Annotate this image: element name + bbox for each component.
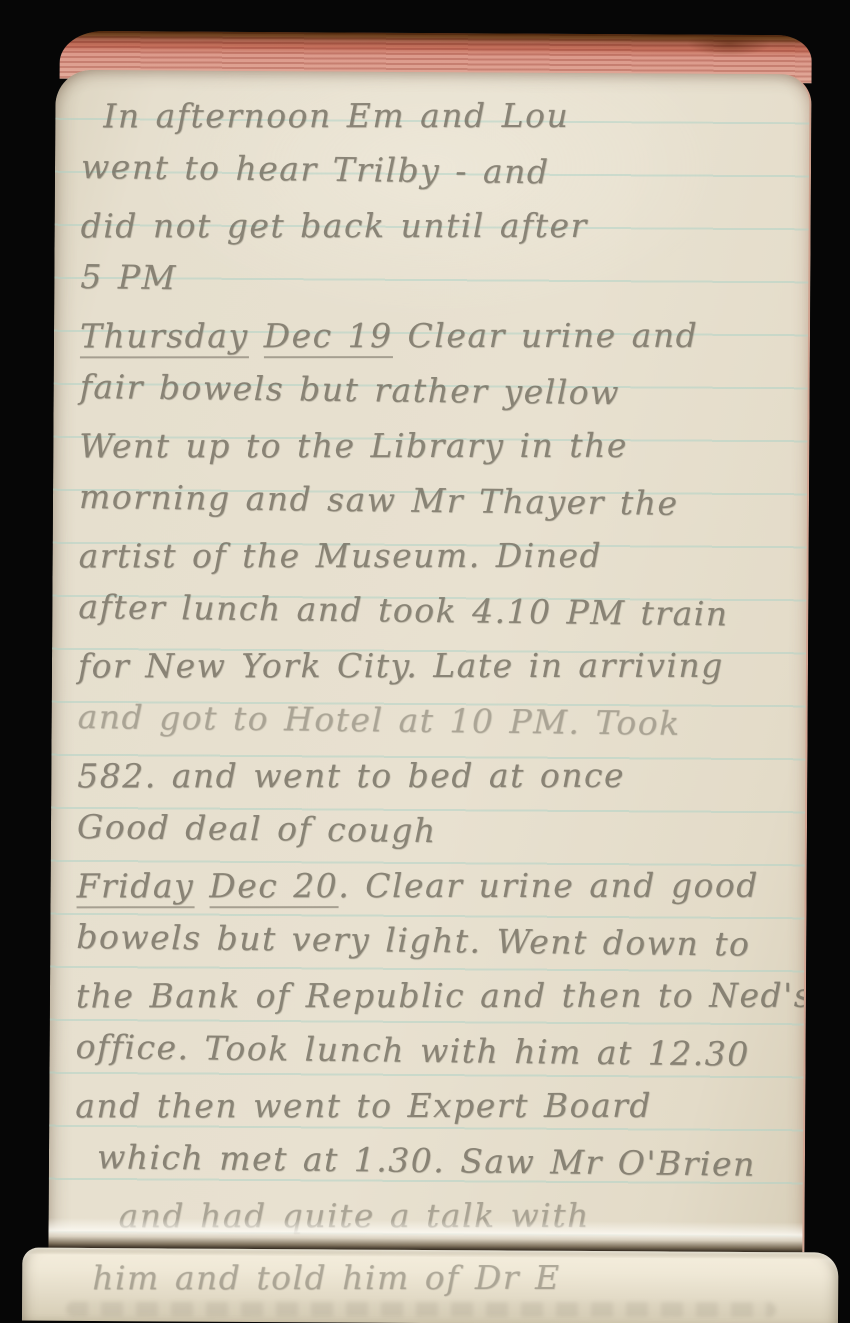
handwriting-segment [194,866,209,905]
handwriting-line: morning and saw Mr Thayer the [79,477,790,540]
handwriting-segment: the Bank of Republic and then to Ned's [76,976,812,1016]
handwriting-line: fair bowels but rather yellow [79,367,790,430]
handwriting-segment: artist of the Museum. Dined [79,536,603,575]
underlined-date: Friday [77,866,195,908]
handwriting-line: after lunch and took 4.10 PM train [78,587,789,650]
handwriting-segment: 5 PM [80,257,177,297]
handwriting-line: and got to Hotel at 10 PM. Took [77,697,788,760]
handwriting-line: did not get back until after [81,206,791,262]
handwriting-block: In afternoon Em and Louwent to hear Tril… [48,70,809,1253]
handwriting-segment: 582. and went to bed at once [77,756,625,795]
handwriting-line: bowels but very light. Went down to [76,917,787,980]
handwriting-segment: and then went to Expert Board [75,1086,652,1126]
handwriting-segment: did not get back until after [81,206,588,245]
scan-background: In afternoon Em and Louwent to hear Tril… [0,0,850,1323]
handwriting-line: Good deal of cough [77,807,788,870]
diary-page: In afternoon Em and Louwent to hear Tril… [48,70,811,1253]
handwriting-line: the Bank of Republic and then to Ned's [76,976,786,1032]
handwriting-segment [249,316,264,355]
handwriting-line: In afternoon Em and Lou [81,96,791,152]
handwriting-line: Friday Dec 20. Clear urine and good [77,866,787,922]
handwriting-segment: and got to Hotel at 10 PM. Took [77,697,680,743]
underlined-date: Thursday [80,316,249,358]
handwriting-segment: fair bowels but rather yellow [79,367,620,412]
handwriting-segment: morning and saw Mr Thayer the [79,477,679,523]
handwriting-segment: Went up to the Library in the [79,426,628,465]
handwriting-line: artist of the Museum. Dined [79,536,789,592]
next-page-handwriting: him and told him of Dr E [22,1248,838,1305]
handwriting-line: Thursday Dec 19 Clear urine and [80,316,790,372]
handwriting-segment: Good deal of cough [77,807,437,850]
handwriting-line: 5 PM [80,257,791,320]
handwriting-line: went to hear Trilby - and [81,147,792,210]
handwriting-segment: for New York City. Late in arriving [78,646,724,686]
handwriting-line: office. Took lunch with him at 12.30 [75,1027,786,1090]
handwriting-segment: Clear urine and [393,316,699,355]
handwriting-segment: office. Took lunch with him at 12.30 [75,1027,749,1074]
next-page: him and told him of Dr E [22,1248,838,1323]
handwriting-segment: bowels but very light. Went down to [76,917,750,964]
handwriting-line: and then went to Expert Board [75,1086,785,1142]
handwriting-segment: . Clear urine and good [338,866,759,905]
notebook: In afternoon Em and Louwent to hear Tril… [0,0,850,1323]
handwriting-segment: which met at 1.30. Saw Mr O'Brien [97,1137,756,1183]
handwriting-line: Went up to the Library in the [79,426,789,482]
page-bottom-curl [48,1218,802,1253]
handwriting-line: 582. and went to bed at once [77,756,787,812]
handwriting-line: which met at 1.30. Saw Mr O'Brien [75,1137,786,1200]
underlined-date: Dec 19 [264,316,393,358]
handwriting-segment: In afternoon Em and Lou [103,96,569,135]
handwriting-segment: after lunch and took 4.10 PM train [78,587,729,633]
faint-text-smudge [66,1302,776,1318]
handwriting-segment: him and told him of Dr E [92,1258,560,1297]
handwriting-segment: went to hear Trilby - and [81,147,550,191]
handwriting-line: for New York City. Late in arriving [78,646,788,702]
handwriting-line: him and told him of Dr E [48,1254,828,1303]
underlined-date: Dec 20 [209,866,338,908]
